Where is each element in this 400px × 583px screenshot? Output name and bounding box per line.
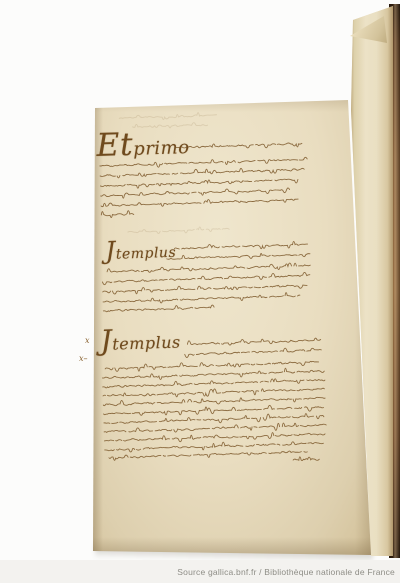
heading-entry-1: Etprimo: [96, 128, 190, 162]
margin-mark: x–: [79, 355, 88, 363]
heading-entry-3: Jtemplus: [100, 324, 181, 355]
heading-word: templus: [112, 332, 181, 353]
attribution-text: Source gallica.bnf.fr / Bibliothèque nat…: [177, 567, 395, 577]
heading-word: primo: [133, 137, 190, 160]
heading-entry-2: Jtemplus: [105, 237, 176, 264]
heading-initial: J: [100, 324, 113, 357]
heading-initial: Et: [96, 127, 134, 164]
heading-word: templus: [116, 245, 177, 263]
margin-mark: x: [85, 337, 90, 345]
attribution-bar: Source gallica.bnf.fr / Bibliothèque nat…: [0, 560, 400, 583]
manuscript-photo-viewer: Etprimo Jtemplus Jtemplus x x– Source ga…: [0, 0, 400, 583]
